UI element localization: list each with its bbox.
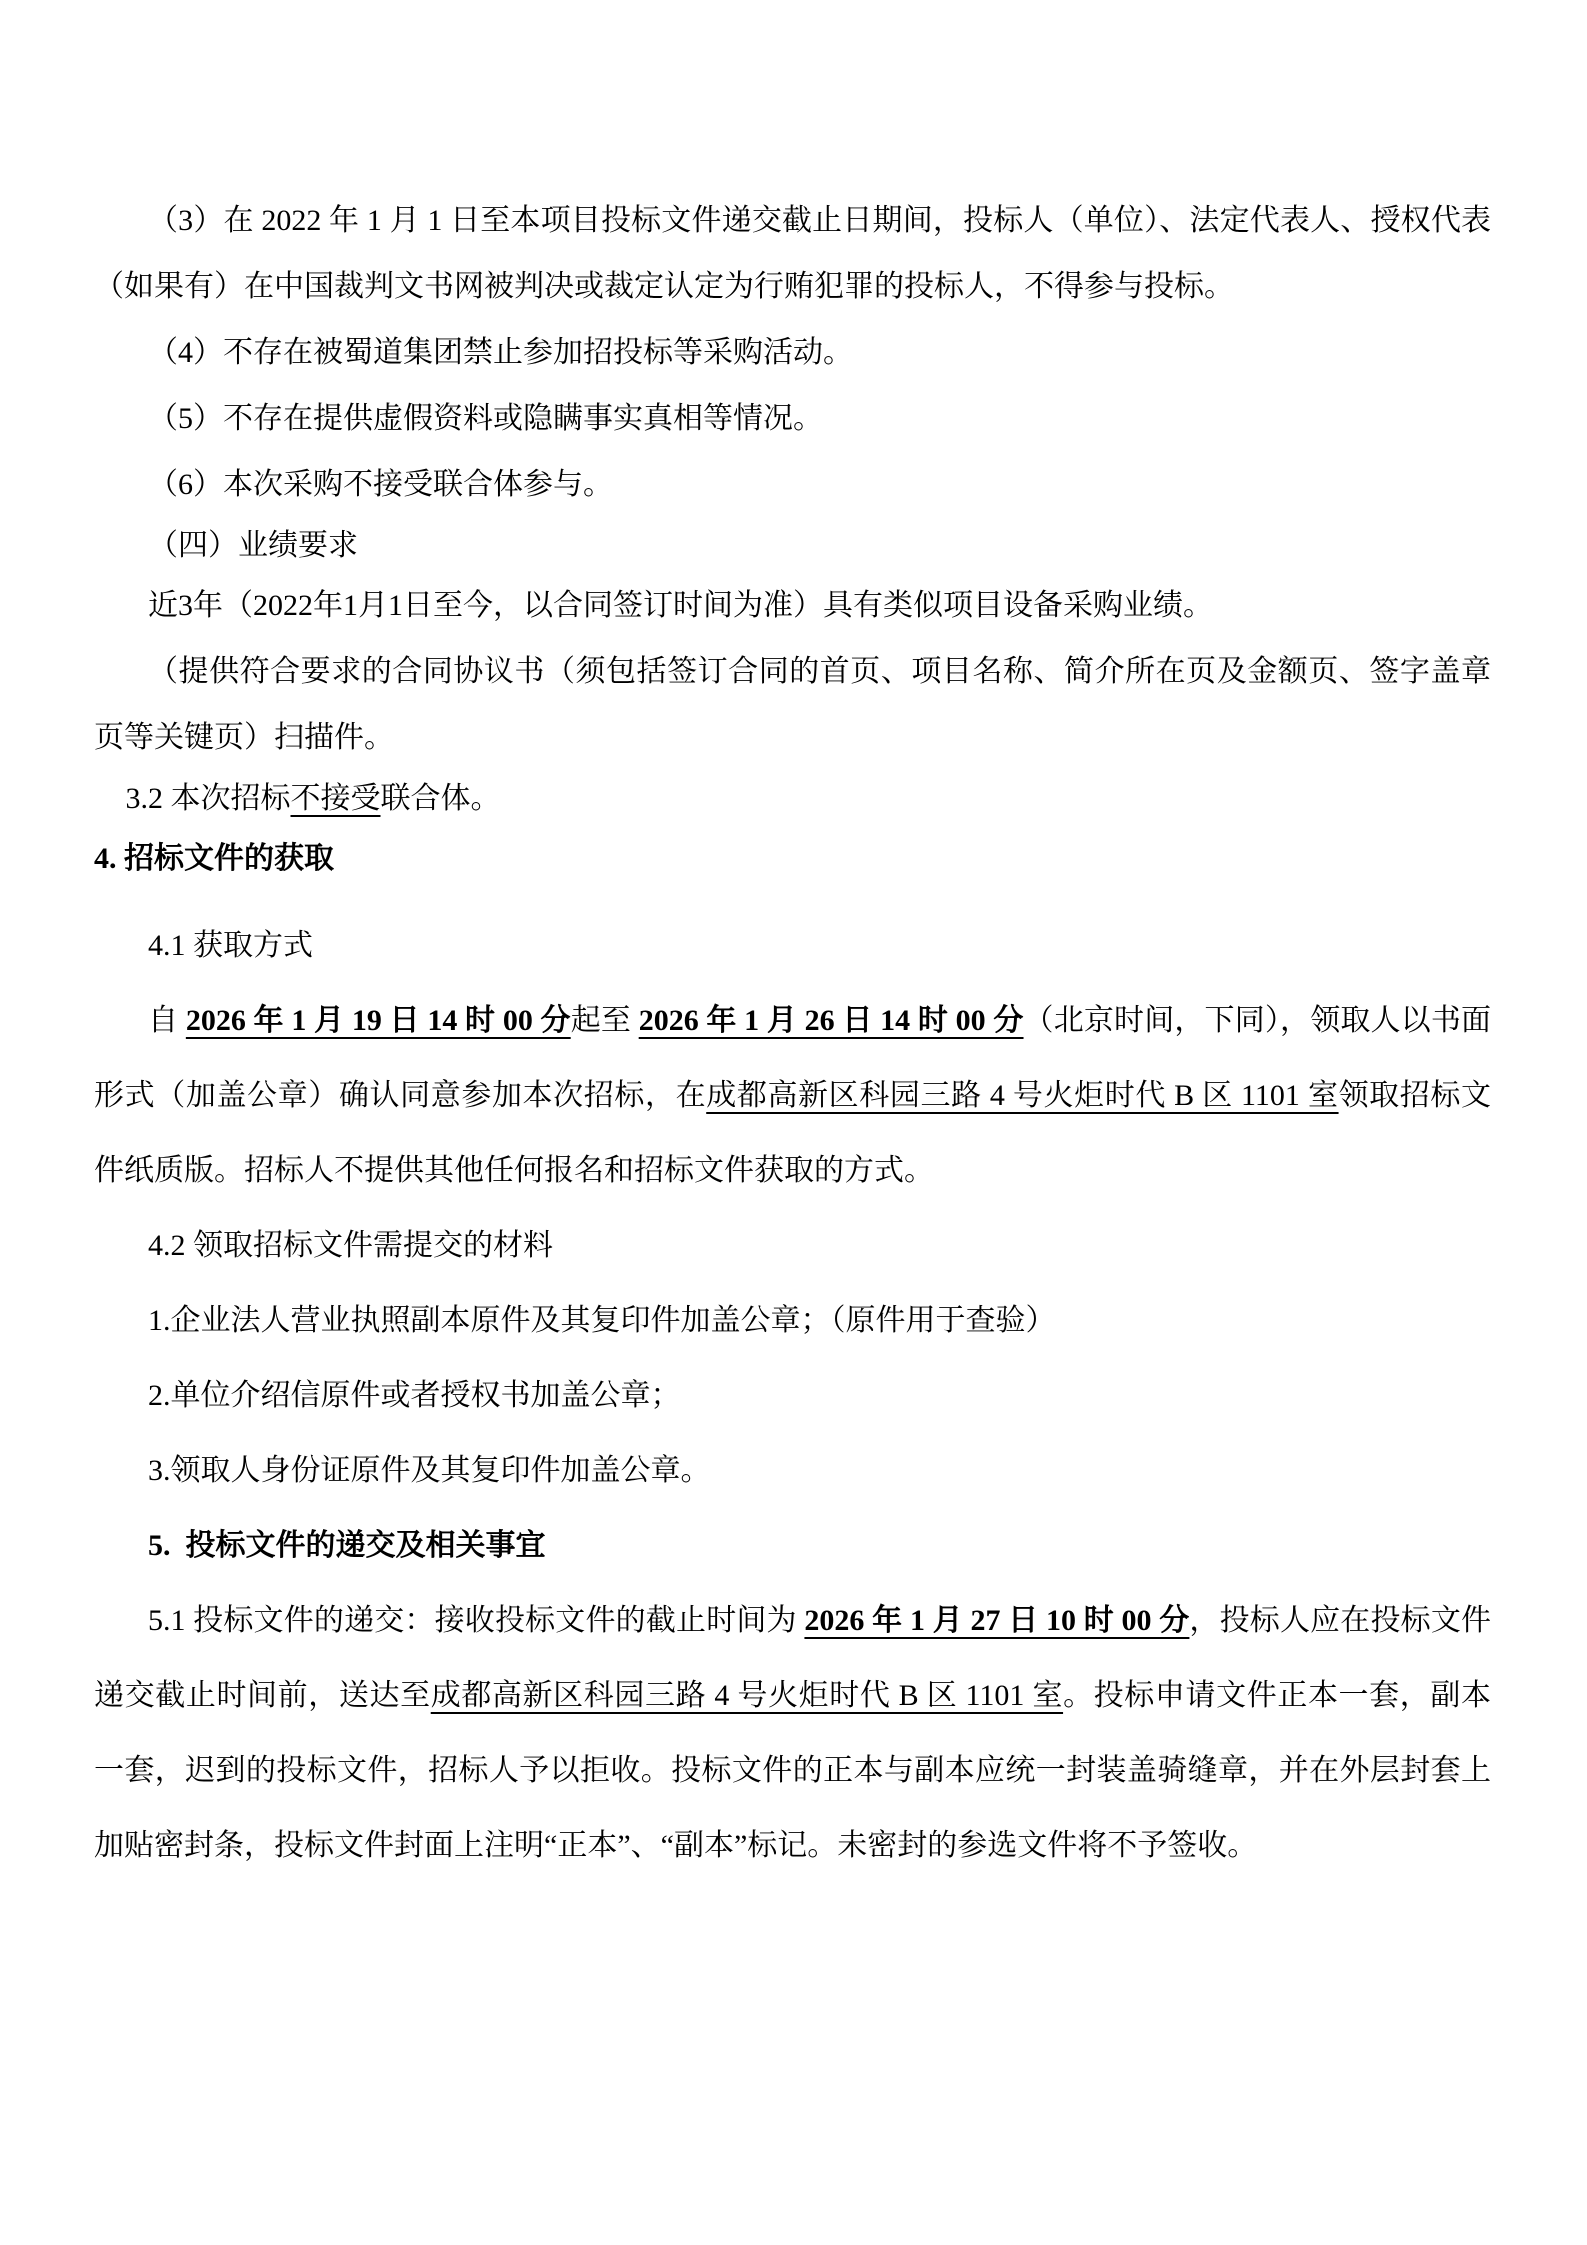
obtain-method-paragraph: 自 2026 年 1 月 19 日 14 时 00 分起至 2026 年 1 月…: [94, 983, 1491, 1208]
document-page: （3）在 2022 年 1 月 1 日至本项目投标文件递交截止日期间，投标人（单…: [0, 0, 1587, 2245]
clause-3-run: （3）在 2022 年 1 月 1 日至本项目投标文件递交截止日期间，投标人（单…: [94, 204, 1491, 303]
document-body: （3）在 2022 年 1 月 1 日至本项目投标文件递交截止日期间，投标人（单…: [0, 0, 1587, 1883]
material-item-2: 2.单位介绍信原件或者授权书加盖公章；: [94, 1358, 1491, 1433]
obtain-method-paragraph-run: 起至: [571, 1004, 639, 1037]
clause-5-run: （5）不存在提供虚假资料或隐瞒事实真相等情况。: [148, 402, 823, 435]
section-4-heading-run: 4. 招标文件的获取: [94, 842, 334, 875]
clause-4: （4）不存在被蜀道集团禁止参加招投标等采购活动。: [94, 320, 1491, 386]
section-4-1-heading: 4.1 获取方式: [94, 908, 1491, 983]
section-5-heading-run: 5. 投标文件的递交及相关事宜: [148, 1529, 546, 1562]
obtain-method-paragraph-run: 自: [148, 1004, 186, 1037]
section-4-2-heading: 4.2 领取招标文件需提交的材料: [94, 1208, 1491, 1283]
obtain-method-paragraph-run: 成都高新区科园三路 4 号火炬时代 B 区 1101 室: [706, 1079, 1338, 1112]
section-4-2-heading-run: 4.2 领取招标文件需提交的材料: [148, 1229, 553, 1262]
clause-si-performance-heading: （四）业绩要求: [94, 518, 1491, 573]
clause-3-2-run: 联合体。: [381, 782, 501, 815]
clause-3-2: 3.2 本次招标不接受联合体。: [94, 771, 1491, 826]
material-item-1-run: 1.企业法人营业执照副本原件及其复印件加盖公章；（原件用于查验）: [148, 1304, 1056, 1337]
clause-6-run: （6）本次采购不接受联合体参与。: [148, 468, 613, 501]
clause-6: （6）本次采购不接受联合体参与。: [94, 452, 1491, 518]
submission-paragraph: 5.1 投标文件的递交：接收投标文件的截止时间为 2026 年 1 月 27 日…: [94, 1583, 1491, 1883]
submission-paragraph-run: 成都高新区科园三路 4 号火炬时代 B 区 1101 室: [431, 1679, 1063, 1712]
material-item-3: 3.领取人身份证原件及其复印件加盖公章。: [94, 1433, 1491, 1508]
submission-paragraph-run: 2026 年 1 月 27 日 10 时 00 分: [804, 1604, 1189, 1637]
section-4-heading: 4. 招标文件的获取: [94, 828, 1491, 890]
material-item-1: 1.企业法人营业执照副本原件及其复印件加盖公章；（原件用于查验）: [94, 1283, 1491, 1358]
section-4-1-heading-run: 4.1 获取方式: [148, 929, 313, 962]
clause-3: （3）在 2022 年 1 月 1 日至本项目投标文件递交截止日期间，投标人（单…: [94, 188, 1491, 320]
obtain-method-paragraph-run: 2026 年 1 月 26 日 14 时 00 分: [639, 1004, 1024, 1037]
material-item-3-run: 3.领取人身份证原件及其复印件加盖公章。: [148, 1454, 711, 1487]
clause-3-2-run: 不接受: [291, 782, 381, 815]
obtain-method-paragraph-run: 2026 年 1 月 19 日 14 时 00 分: [186, 1004, 571, 1037]
clause-3-2-run: 3.2 本次招标: [126, 782, 291, 815]
submission-paragraph-run: 5.1 投标文件的递交：接收投标文件的截止时间为: [148, 1604, 804, 1637]
clause-si-performance-heading-run: （四）业绩要求: [148, 529, 358, 562]
clause-4-run: （4）不存在被蜀道集团禁止参加招投标等采购活动。: [148, 336, 853, 369]
material-item-2-run: 2.单位介绍信原件或者授权书加盖公章；: [148, 1379, 681, 1412]
contract-evidence-note-run: （提供符合要求的合同协议书（须包括签订合同的首页、项目名称、简介所在页及金额页、…: [94, 655, 1491, 754]
clause-5: （5）不存在提供虚假资料或隐瞒事实真相等情况。: [94, 386, 1491, 452]
performance-requirement-run: 近3年（2022年1月1日至今，以合同签订时间为准）具有类似项目设备采购业绩。: [148, 589, 1213, 622]
section-5-heading: 5. 投标文件的递交及相关事宜: [94, 1508, 1491, 1583]
contract-evidence-note: （提供符合要求的合同协议书（须包括签订合同的首页、项目名称、简介所在页及金额页、…: [94, 639, 1491, 771]
performance-requirement: 近3年（2022年1月1日至今，以合同签订时间为准）具有类似项目设备采购业绩。: [94, 573, 1491, 639]
